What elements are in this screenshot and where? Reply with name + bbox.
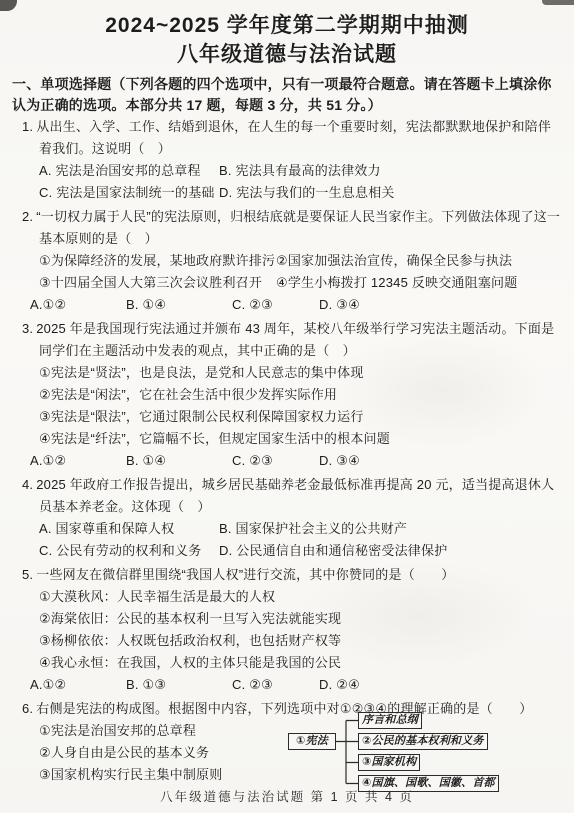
question-4-options: A. 国家尊重和保障人权 B. 国家保护社会主义的公共财产 C. 公民有劳动的权… [22, 518, 562, 562]
question-1-number: 1. [22, 119, 33, 134]
question-1-option-c: C. 宪法是国家法制统一的基础 [39, 182, 219, 204]
question-2: 2.“一切权力属于人民”的宪法原则，归根结底就是要保证人民当家作主。下列做法体现… [12, 206, 562, 316]
section-heading: 一、单项选择题（下列各题的四个选项中，只有一项最符合题意。请在答题卡上填涂你认为… [12, 74, 562, 116]
question-5-statement-4: ④我心永恒：在我国，人权的主体只能是我国的公民 [22, 652, 562, 674]
question-4-option-a: A. 国家尊重和保障人权 [39, 518, 219, 540]
question-3-number: 3. [22, 321, 33, 336]
question-3-choice-c: C. ②③ [232, 450, 319, 472]
question-4: 4.2025 年政府工作报告提出，城乡居民基础养老金最低标准再提高 20 元，适… [12, 474, 562, 562]
diagram-root-box: ①宪法 [288, 733, 336, 750]
constitution-structure-diagram: ①宪法 序言和总纲 ②公民的基本权利和义务 ③国家机构 ④国旗、国歌、国徽、首都 [288, 712, 560, 796]
question-1-option-b: B. 宪法具有最高的法律效力 [219, 160, 562, 182]
question-5-text: 一些网友在微信群里围绕“我国人权”进行交流，其中你赞同的是（ ） [36, 567, 454, 582]
diagram-branch-state-organs: ③国家机构 [358, 754, 420, 771]
exam-paper-page: 2024~2025 学年度第二学期期中抽测 八年级道德与法治试题 一、单项选择题… [0, 0, 574, 813]
question-5-statement-2: ②海棠依旧：公民的基本权利一旦写入宪法就能实现 [22, 608, 562, 630]
scan-artifact-top-right [542, 0, 574, 5]
question-3-statement-2: ②宪法是“闲法”，它在社会生活中很少发挥实际作用 [22, 384, 562, 406]
question-3-choices: A.①② B. ①④ C. ②③ D. ③④ [22, 450, 562, 472]
question-2-number: 2. [22, 209, 33, 224]
question-5-choice-c: C. ②③ [232, 674, 319, 696]
question-2-choice-d: D. ③④ [319, 294, 360, 316]
question-3-text: 2025 年是我国现行宪法通过并颁布 43 周年，某校八年级举行学习宪法主题活动… [36, 321, 554, 358]
scan-artifact-top-left [0, 0, 17, 11]
question-5: 5.一些网友在微信群里围绕“我国人权”进行交流，其中你赞同的是（ ） ①大漠秋风… [12, 564, 562, 696]
question-1-stem: 1.从出生、入学、工作、结婚到退休，在人生的每一个重要时刻，宪法都默默地保护和陪… [22, 116, 562, 160]
question-3-statement-4: ④宪法是“纤法”，它篇幅不长，但规定国家生活中的根本问题 [22, 428, 562, 450]
diagram-branch-preamble: 序言和总纲 [358, 712, 422, 729]
question-4-option-b: B. 国家保护社会主义的公共财产 [219, 518, 562, 540]
question-1-option-d: D. 宪法与我们的一生息息相关 [219, 182, 562, 204]
question-5-stem: 5.一些网友在微信群里围绕“我国人权”进行交流，其中你赞同的是（ ） [22, 564, 562, 586]
question-2-statement-4: ④学生小梅拨打 12345 反映交通阻塞问题 [276, 272, 562, 294]
question-4-option-d: D. 公民通信自由和通信秘密受法律保护 [219, 540, 562, 562]
question-5-statement-1: ①大漠秋风：人民幸福生活是最大的人权 [22, 586, 562, 608]
question-6-number: 6. [22, 701, 33, 716]
question-2-statements: ①为保障经济的发展，某地政府默许排污 ②国家加强法治宣传，确保全民参与执法 ③十… [22, 250, 562, 294]
question-3-choice-a: A.①② [30, 450, 126, 472]
question-6: 6.右侧是宪法的构成图。根据图中内容，下列选项中对①②③④的理解正确的是（ ） … [12, 698, 562, 786]
question-5-statement-3: ③杨柳依依：人权既包括政治权利，也包括财产权等 [22, 630, 562, 652]
question-1-option-a: A. 宪法是治国安邦的总章程 [39, 160, 219, 182]
question-2-statement-3: ③十四届全国人大第三次会议胜利召开 [39, 272, 276, 294]
question-3: 3.2025 年是我国现行宪法通过并颁布 43 周年，某校八年级举行学习宪法主题… [12, 318, 562, 472]
question-5-choice-d: D. ②④ [319, 674, 360, 696]
question-2-choice-a: A.①② [30, 294, 126, 316]
question-4-option-c: C. 公民有劳动的权利和义务 [39, 540, 219, 562]
question-2-statement-1: ①为保障经济的发展，某地政府默许排污 [39, 250, 276, 272]
exam-title: 2024~2025 学年度第二学期期中抽测 [12, 12, 562, 39]
question-2-stem: 2.“一切权力属于人民”的宪法原则，归根结底就是要保证人民当家作主。下列做法体现… [22, 206, 562, 250]
question-5-number: 5. [22, 567, 33, 582]
diagram-branch-rights-duties: ②公民的基本权利和义务 [358, 733, 488, 750]
question-2-statement-2: ②国家加强法治宣传，确保全民参与执法 [276, 250, 562, 272]
question-4-stem: 4.2025 年政府工作报告提出，城乡居民基础养老金最低标准再提高 20 元，适… [22, 474, 562, 518]
question-3-stem: 3.2025 年是我国现行宪法通过并颁布 43 周年，某校八年级举行学习宪法主题… [22, 318, 562, 362]
question-1: 1.从出生、入学、工作、结婚到退休，在人生的每一个重要时刻，宪法都默默地保护和陪… [12, 116, 562, 204]
exam-subtitle: 八年级道德与法治试题 [12, 41, 562, 68]
question-4-text: 2025 年政府工作报告提出，城乡居民基础养老金最低标准再提高 20 元，适当提… [36, 477, 554, 514]
question-3-choice-b: B. ①④ [126, 450, 232, 472]
question-3-statement-1: ①宪法是“贤法”，也是良法，是党和人民意志的集中体现 [22, 362, 562, 384]
question-3-choice-d: D. ③④ [319, 450, 360, 472]
page-footer: 八年级道德与法治试题 第 1 页 共 4 页 [0, 787, 574, 805]
question-2-text: “一切权力属于人民”的宪法原则，归根结底就是要保证人民当家作主。下列做法体现了这… [36, 209, 560, 246]
question-1-options: A. 宪法是治国安邦的总章程 B. 宪法具有最高的法律效力 C. 宪法是国家法制… [22, 160, 562, 204]
question-2-choice-c: C. ②③ [232, 294, 319, 316]
question-2-choices: A.①② B. ①④ C. ②③ D. ③④ [22, 294, 562, 316]
question-5-choices: A.①② B. ①③ C. ②③ D. ②④ [22, 674, 562, 696]
question-1-text: 从出生、入学、工作、结婚到退休，在人生的每一个重要时刻，宪法都默默地保护和陪伴着… [36, 119, 551, 156]
question-4-number: 4. [22, 477, 33, 492]
question-5-choice-b: B. ①③ [126, 674, 232, 696]
question-3-statement-3: ③宪法是“限法”，它通过限制公民权利保障国家权力运行 [22, 406, 562, 428]
question-5-choice-a: A.①② [30, 674, 126, 696]
question-2-choice-b: B. ①④ [126, 294, 232, 316]
